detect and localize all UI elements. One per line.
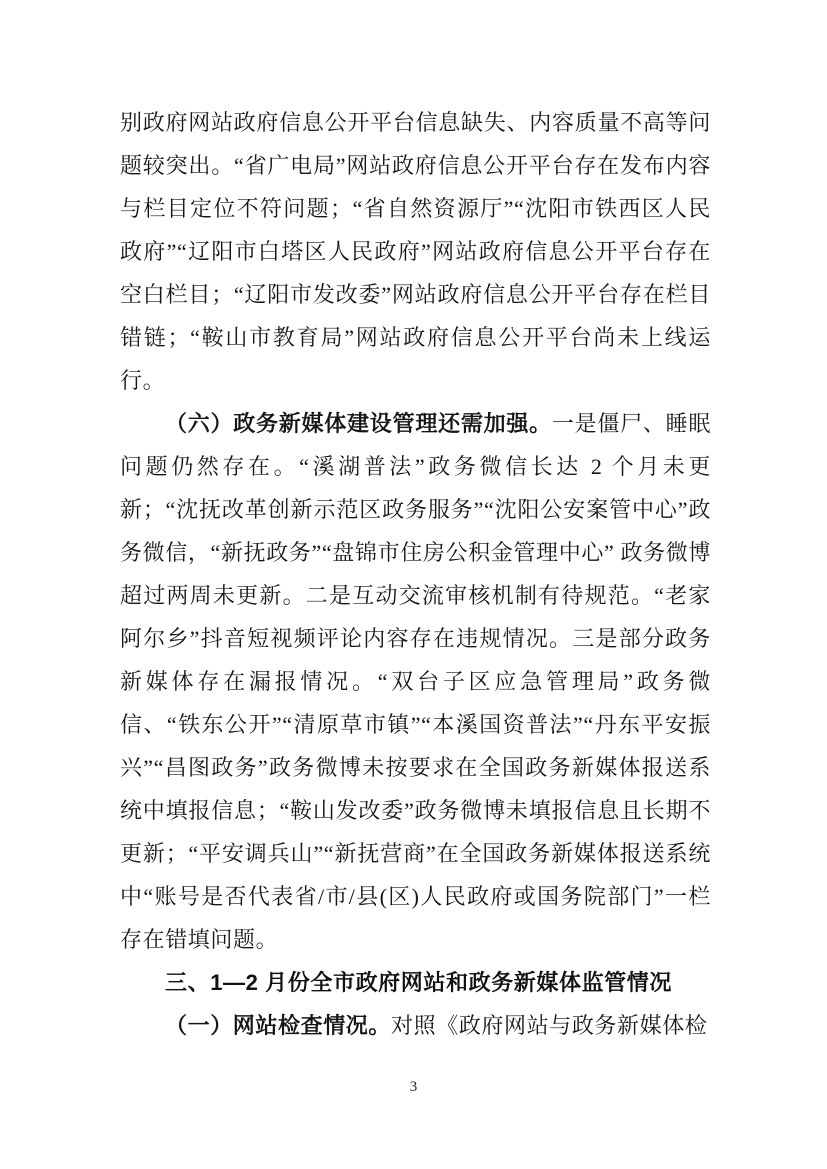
text-run: 对照《政府网站与政务新媒体检 [391,1013,707,1038]
text-run: 一是僵尸、睡眠问题仍然存在。“溪湖普法”政务微信长达 2 个月未更新；“沈抚改革… [120,411,711,952]
heading-text: 三、1—2 月份全市政府网站和政务新媒体监管情况 [165,970,672,995]
bold-lead-run: （一）网站检查情况。 [165,1013,391,1038]
paragraph-new-media-management: （六）政务新媒体建设管理还需加强。一是僵尸、睡眠问题仍然存在。“溪湖普法”政务微… [120,402,711,961]
page-number: 3 [0,1077,827,1097]
document-page: 别政府网站政府信息公开平台信息缺失、内容质量不高等问题较突出。“省广电局”网站政… [0,0,827,1169]
document-body: 别政府网站政府信息公开平台信息缺失、内容质量不高等问题较突出。“省广电局”网站政… [120,101,711,1047]
paragraph-website-check: （一）网站检查情况。对照《政府网站与政务新媒体检 [120,1004,711,1047]
paragraph-info-disclosure-issues: 别政府网站政府信息公开平台信息缺失、内容质量不高等问题较突出。“省广电局”网站政… [120,101,711,402]
text-run: 别政府网站政府信息公开平台信息缺失、内容质量不高等问题较突出。“省广电局”网站政… [120,110,711,393]
bold-lead-run: （六）政务新媒体建设管理还需加强。 [165,411,552,436]
section-heading-supervision: 三、1—2 月份全市政府网站和政务新媒体监管情况 [120,961,711,1004]
